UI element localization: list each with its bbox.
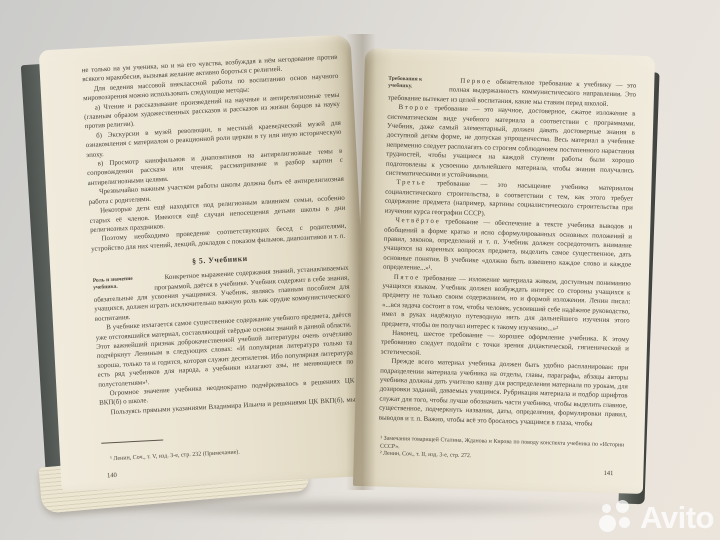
left-page: не только на ум ученика, но и на его чув… — [39, 34, 374, 492]
footnote: ¹ Ленин, Соч., т. V, изд. 3-е, стр. 232 … — [110, 442, 356, 463]
paragraph: Четвёртое требование — обеспечение в тек… — [383, 216, 632, 279]
paragraph-text: требование — изложение материала живым, … — [381, 274, 630, 332]
paragraph-lead: Третье — [396, 179, 426, 187]
left-page-text: не только на ум ученика, но и на его чув… — [82, 53, 356, 418]
page-number: 140 — [107, 472, 117, 480]
paragraph-lead: Первое — [460, 78, 492, 86]
paragraph-text: требование — обеспечение в тексте учебни… — [383, 218, 632, 272]
paragraph: Прежде всего материал учебника должен бы… — [379, 357, 629, 430]
margin-note: Требования к учебнику. — [388, 76, 442, 92]
margin-note: Роль и значение учебника. — [93, 275, 148, 292]
paragraph: Второе требование — это научное, достове… — [386, 103, 636, 185]
footnote-rule — [101, 439, 163, 443]
photo-background: не только на ум ученика, но и на его чув… — [0, 0, 720, 540]
paragraph-text: Наконец, шестое требование — хорошее офо… — [381, 330, 630, 357]
avito-watermark: Avito — [599, 500, 714, 536]
avito-label: Avito — [640, 500, 714, 536]
page-number: 141 — [603, 470, 613, 477]
right-page-text: Требования к учебнику. Первое обязательн… — [378, 75, 636, 454]
paragraph-text: требование — это научное, достоверное, с… — [386, 105, 636, 179]
paragraph-text: Прежде всего материал учебника должен бы… — [379, 358, 629, 427]
paragraph: Пятое требование — изложение материала ж… — [381, 272, 630, 335]
avito-logo-icon — [599, 500, 635, 536]
paragraph-lead: Пятое — [394, 273, 420, 281]
right-page: Требования к учебнику. Первое обязательн… — [353, 48, 655, 494]
open-book: не только на ум ученика, но и на его чув… — [28, 26, 650, 514]
paragraph-lead: Четвёртое — [395, 217, 440, 225]
paragraph-lead: Второе — [398, 104, 429, 112]
